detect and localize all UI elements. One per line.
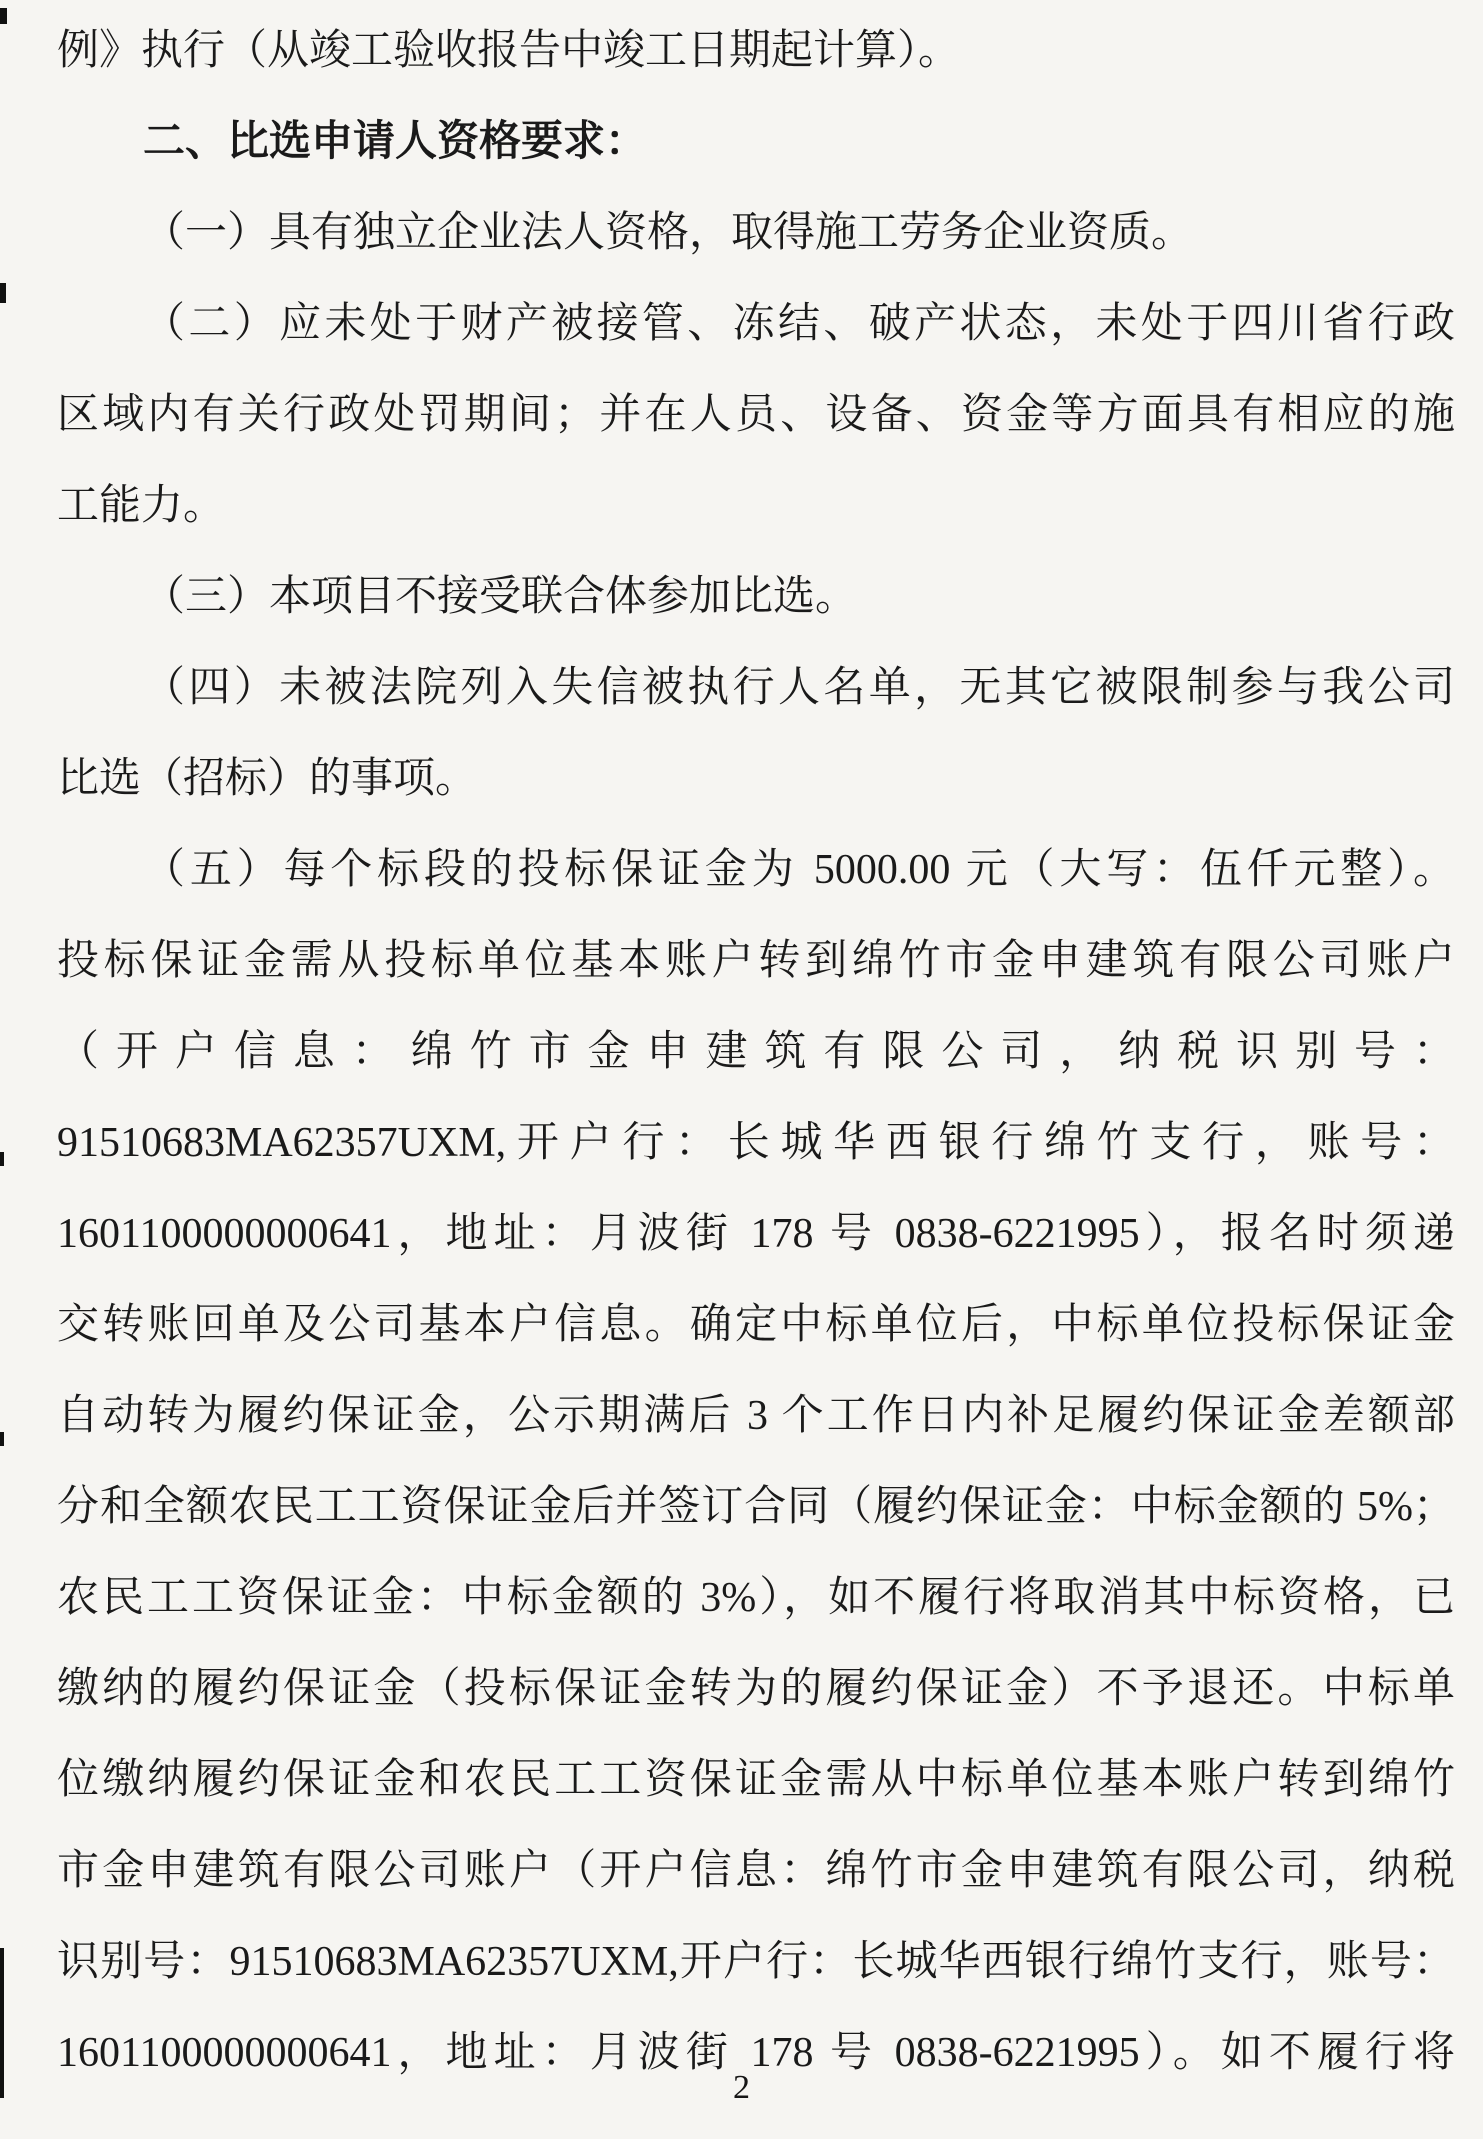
text-line: 例》执行（从竣工验收报告中竣工日期起计算）。 <box>57 6 1455 97</box>
text-line: 区域内有关行政处罚期间；并在人员、设备、资金等方面具有相应的施 <box>57 370 1455 461</box>
scan-artifact <box>0 8 7 24</box>
text-line: 识别号：91510683MA62357UXM,开户行：长城华西银行绵竹支行，账号… <box>57 1917 1455 2008</box>
text-line: （开户信息：绵竹市金申建筑有限公司，纳税识别号： <box>57 1007 1455 1098</box>
text-line: 91510683MA62357UXM,开户行：长城华西银行绵竹支行，账号： <box>57 1098 1455 1189</box>
text-line: 工能力。 <box>57 461 1455 552</box>
text-line: （三）本项目不接受联合体参加比选。 <box>57 552 1455 643</box>
text-line: 分和全额农民工工资保证金后并签订合同（履约保证金：中标金额的 5%； <box>57 1462 1455 1553</box>
scan-artifact <box>0 283 6 303</box>
text-line: 市金申建筑有限公司账户（开户信息：绵竹市金申建筑有限公司，纳税 <box>57 1826 1455 1917</box>
text-line: （五）每个标段的投标保证金为 5000.00 元（大写：伍仟元整）。 <box>57 825 1455 916</box>
text-line: 比选（招标）的事项。 <box>57 734 1455 825</box>
text-line: （一）具有独立企业法人资格，取得施工劳务企业资质。 <box>57 188 1455 279</box>
text-line: 1601100000000641，地址：月波街 178 号 0838-62219… <box>57 1189 1455 1280</box>
text-line: 农民工工资保证金：中标金额的 3%），如不履行将取消其中标资格，已 <box>57 1553 1455 1644</box>
text-line: 缴纳的履约保证金（投标保证金转为的履约保证金）不予退还。中标单 <box>57 1644 1455 1735</box>
text-line: 二、比选申请人资格要求： <box>57 97 1455 188</box>
document-body: 例》执行（从竣工验收报告中竣工日期起计算）。二、比选申请人资格要求：（一）具有独… <box>57 6 1455 2099</box>
page-number: 2 <box>0 2068 1483 2108</box>
text-line: （四）未被法院列入失信被执行人名单，无其它被限制参与我公司 <box>57 643 1455 734</box>
text-line: （二）应未处于财产被接管、冻结、破产状态，未处于四川省行政 <box>57 279 1455 370</box>
scan-artifact <box>0 1948 4 2098</box>
text-line: 自动转为履约保证金，公示期满后 3 个工作日内补足履约保证金差额部 <box>57 1371 1455 1462</box>
document-page: 例》执行（从竣工验收报告中竣工日期起计算）。二、比选申请人资格要求：（一）具有独… <box>0 6 1483 2099</box>
text-line: 交转账回单及公司基本户信息。确定中标单位后，中标单位投标保证金 <box>57 1280 1455 1371</box>
text-line: 投标保证金需从投标单位基本账户转到绵竹市金申建筑有限公司账户 <box>57 916 1455 1007</box>
scan-artifact <box>0 1432 4 1446</box>
text-line: 位缴纳履约保证金和农民工工资保证金需从中标单位基本账户转到绵竹 <box>57 1735 1455 1826</box>
scan-artifact <box>0 1152 4 1166</box>
